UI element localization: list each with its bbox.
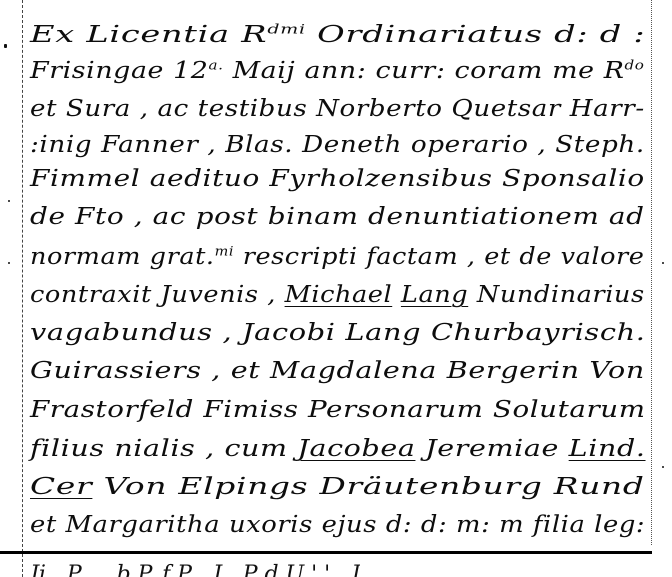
underlined-name: Lind.: [569, 436, 646, 462]
underlined-name: Michael: [285, 282, 393, 308]
superscript-abbreviation: mi: [215, 244, 234, 259]
text-segment: normam grat.: [30, 244, 215, 270]
margin-mark: [4, 44, 7, 48]
manuscript-line-2: Frisingae 12a. Maij ann: curr: coram me …: [30, 58, 645, 84]
manuscript-line-5: Fimmel aedituo Fyrholzensibus Sponsalio: [30, 166, 645, 192]
margin-mark: [8, 200, 10, 202]
text-segment: Jeremiae: [415, 436, 568, 462]
manuscript-line-10: Guirassiers , et Magdalena Bergerin Von: [30, 358, 645, 384]
text-segment: Fimmel aedituo Fyrholzensibus Sponsalio: [30, 166, 645, 192]
manuscript-line-14: et Margaritha uxoris ejus d: d: m: m fil…: [30, 512, 645, 538]
underlined-name: Jacobea: [297, 436, 415, 462]
text-segment: contraxit Juvenis ,: [30, 282, 285, 308]
text-segment: vagabundus , Jacobi Lang Churbayrisch.: [30, 320, 646, 346]
manuscript-line-9: vagabundus , Jacobi Lang Churbayrisch.: [30, 320, 646, 346]
text-segment: Guirassiers , et Magdalena Bergerin Von: [30, 358, 645, 384]
manuscript-line-13: Cer Von Elpings Dräutenburg Rund: [30, 474, 645, 500]
text-segment: de Fto , ac post binam denuntiationem ad: [30, 204, 645, 230]
text-segment: [392, 282, 401, 308]
text-segment: Frastorfeld Fimiss Personarum Solutarum: [30, 397, 646, 423]
superscript-abbreviation: a.: [208, 58, 223, 73]
text-segment: Ex Licentia R: [30, 22, 267, 48]
manuscript-line-4: :inig Fanner , Blas. Deneth operario , S…: [30, 132, 645, 158]
superscript-abbreviation: do: [624, 58, 644, 73]
manuscript-line-8: contraxit Juvenis , Michael Lang Nundina…: [30, 282, 645, 308]
text-segment: Nundinarius: [468, 282, 644, 308]
manuscript-line-3: et Sura , ac testibus Norberto Quetsar H…: [30, 96, 645, 122]
text-segment: filius nialis , cum: [30, 436, 297, 462]
text-segment: :inig Fanner , Blas. Deneth operario , S…: [30, 132, 645, 158]
manuscript-line-11: Frastorfeld Fimiss Personarum Solutarum: [30, 397, 646, 423]
partial-next-entry-line: Ji . P , . b P. f P . J . P d U ' ' . J: [30, 560, 360, 577]
manuscript-line-1: Ex Licentia Rdmi Ordinariatus d: d :: [30, 22, 646, 48]
underlined-name: Cer: [30, 474, 92, 500]
text-segment: Maij ann: curr: coram me R: [223, 58, 624, 84]
text-segment: et Margaritha uxoris ejus d: d: m: m fil…: [30, 512, 645, 538]
manuscript-line-12: filius nialis , cum Jacobea Jeremiae Lin…: [30, 436, 646, 462]
text-segment: Von Elpings Dräutenburg Rund: [92, 474, 644, 500]
text-segment: et Sura , ac testibus Norberto Quetsar H…: [30, 96, 645, 122]
margin-mark: [8, 262, 10, 264]
entry-divider-rule: [0, 551, 652, 554]
superscript-abbreviation: dmi: [267, 22, 305, 37]
manuscript-page: Ex Licentia Rdmi Ordinariatus d: d :Fris…: [0, 0, 672, 577]
right-margin-line: [651, 0, 652, 545]
left-margin-line: [22, 0, 23, 577]
margin-mark: [662, 262, 664, 264]
margin-mark: [662, 466, 664, 468]
manuscript-line-6: de Fto , ac post binam denuntiationem ad: [30, 204, 645, 230]
manuscript-line-7: normam grat.mi rescripti factam , et de …: [30, 244, 644, 270]
text-segment: Ordinariatus d: d :: [306, 22, 646, 48]
underlined-name: Lang: [401, 282, 468, 308]
text-segment: Frisingae 12: [30, 58, 208, 84]
text-segment: rescripti factam , et de valore: [234, 244, 644, 270]
